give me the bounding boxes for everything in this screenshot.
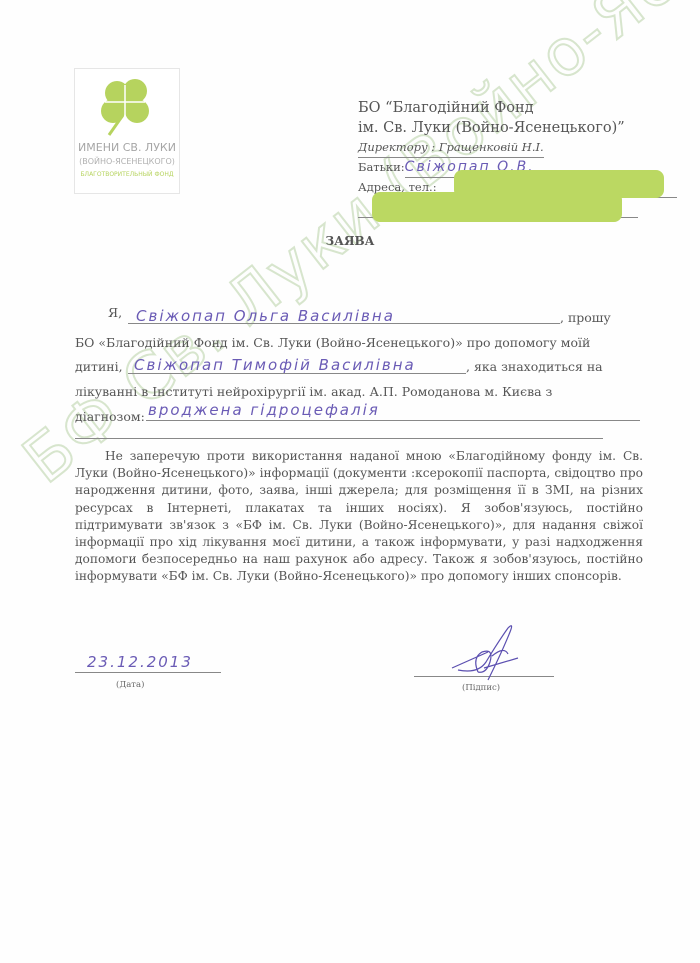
applicant-name: Свіжопап Ольга Василівна bbox=[128, 307, 395, 325]
date-field: 23.12.2013 bbox=[75, 652, 221, 673]
signature-caption: (Підпис) bbox=[462, 683, 500, 693]
document-title: ЗАЯВА bbox=[0, 234, 700, 248]
logo-line-3: БЛАГОТВОРИТЕЛЬНЫЙ ФОНД bbox=[75, 171, 179, 178]
diagnosis-field-line-2 bbox=[75, 424, 603, 439]
parents-label: Батьки: bbox=[358, 160, 405, 174]
diagnosis-label: діагнозом: bbox=[75, 409, 145, 424]
child-name: Свіжопап Тимофій Василівна bbox=[128, 356, 416, 374]
document-page: БФ Св. Луки (Войно-Ясенецького) ИМЕНИ СВ… bbox=[0, 0, 700, 963]
line3-prefix: дитині, bbox=[75, 359, 123, 374]
applicant-name-field: Свіжопап Ольга Василівна bbox=[128, 306, 560, 324]
diagnosis-value: вроджена гідроцефалія bbox=[146, 401, 380, 419]
line3-suffix: , яка знаходиться на bbox=[466, 359, 603, 374]
director-line: Директору : Гращенковій Н.І. bbox=[358, 138, 544, 158]
consent-paragraph: Не заперечую проти використання наданої … bbox=[75, 448, 643, 586]
redacted-address-2 bbox=[372, 192, 622, 222]
child-name-field: Свіжопап Тимофій Василівна bbox=[128, 355, 466, 374]
logo-line-1: ИМЕНИ СВ. ЛУКИ bbox=[75, 141, 179, 154]
four-leaf-clover-icon bbox=[87, 75, 167, 141]
org-name-line-2: ім. Св. Луки (Войно-Ясенецького)” bbox=[358, 118, 677, 138]
signature-icon bbox=[448, 622, 528, 688]
foundation-logo: ИМЕНИ СВ. ЛУКИ (ВОЙНО-ЯСЕНЕЦКОГО) БЛАГОТ… bbox=[74, 68, 180, 194]
line1-prefix: Я, bbox=[108, 305, 122, 320]
logo-line-2: (ВОЙНО-ЯСЕНЕЦКОГО) bbox=[75, 157, 179, 166]
line4: лікуванні в Інституті нейрохірургії ім. … bbox=[75, 384, 552, 399]
line1-suffix: , прошу bbox=[560, 310, 611, 325]
date-caption: (Дата) bbox=[116, 680, 144, 690]
line2: БО «Благодійний Фонд ім. Св. Луки (Войно… bbox=[75, 335, 590, 350]
date-value: 23.12.2013 bbox=[75, 653, 193, 671]
diagnosis-field: вроджена гідроцефалія bbox=[146, 400, 640, 421]
org-name-line-1: БО “Благодійний Фонд bbox=[358, 98, 677, 118]
